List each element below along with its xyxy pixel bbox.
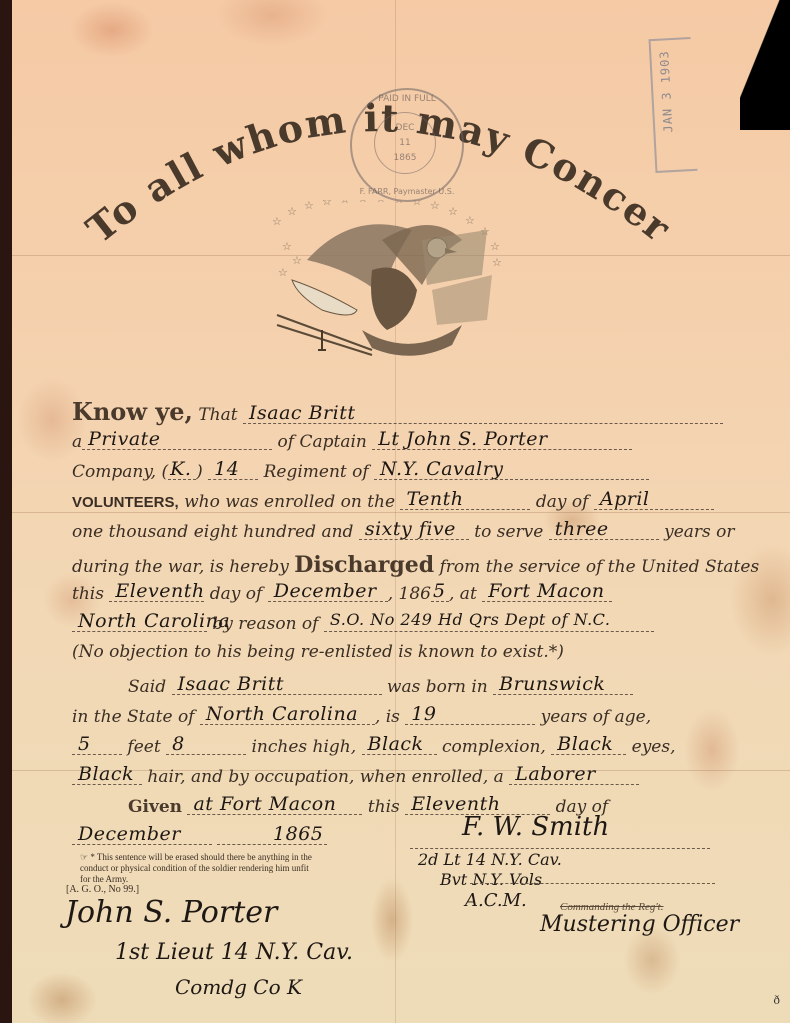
given-place-field: at Fort Macon	[187, 793, 362, 815]
age-field: 19	[405, 703, 535, 725]
occupation-line: Black hair, and by occupation, when enro…	[72, 765, 712, 795]
height-feet-field: 5	[72, 733, 122, 755]
svg-text:☆: ☆	[412, 200, 422, 208]
captain-signature: John S. Porter	[65, 895, 277, 930]
mustering-officer-signature: F. W. Smith	[462, 812, 609, 842]
svg-text:☆: ☆	[492, 256, 502, 269]
svg-text:☆: ☆	[304, 200, 314, 212]
reason-line: North Carolina by reason of S.O. No 249 …	[72, 612, 712, 642]
svg-text:☆: ☆	[490, 240, 500, 253]
given-month-field: December	[72, 823, 212, 845]
officer-acm: A.C.M.	[465, 890, 527, 911]
eagle-emblem-icon: ☆☆☆ ☆☆☆ ☆☆☆ ☆☆☆ ☆☆☆ ☆☆☆	[262, 200, 512, 360]
discharge-place-field: Fort Macon	[482, 580, 612, 602]
hair-field: Black	[72, 763, 142, 785]
birthplace-line: Said Isaac Britt was born in Brunswick	[128, 675, 718, 705]
company-field: K.	[168, 458, 196, 480]
discharge-date-line: this Eleventh day of December, 1865, at …	[72, 582, 712, 612]
form-number: [A. G. O., No 99.]	[66, 884, 139, 895]
birth-state-field: North Carolina	[200, 703, 375, 725]
complexion-field: Black	[362, 733, 437, 755]
corner-mark: ð	[773, 994, 780, 1007]
svg-text:☆: ☆	[430, 200, 440, 212]
svg-text:☆: ☆	[272, 215, 282, 228]
mustering-officer-title: Mustering Officer	[540, 912, 739, 937]
enrolled-year-field: sixty five	[359, 518, 469, 540]
discharge-state-field: North Carolina	[72, 610, 207, 632]
know-ye-line: Know ye, That Isaac Britt	[72, 397, 712, 427]
svg-text:☆: ☆	[322, 200, 332, 208]
rank-field: Private	[82, 428, 272, 450]
discharge-day-field: Eleventh	[109, 580, 204, 602]
captain-field: Lt John S. Porter	[372, 428, 632, 450]
enrolled-year-line: one thousand eight hundred and sixty fiv…	[72, 520, 712, 550]
captain-rank: 1st Lieut 14 N.Y. Cav.	[115, 940, 353, 965]
svg-text:☆: ☆	[358, 200, 368, 205]
enrolled-line: VOLUNTEERS, who was enrolled on the Tent…	[72, 490, 712, 520]
rank-line: aPrivate of Captain Lt John S. Porter	[72, 430, 712, 460]
svg-text:☆: ☆	[282, 240, 292, 253]
given-date-line: December 1865	[72, 825, 712, 855]
torn-corner	[740, 0, 790, 130]
captain-command: Comdg Co K	[175, 975, 302, 999]
discharge-month-field: December	[268, 580, 388, 602]
eyes-field: Black	[551, 733, 626, 755]
paid-in-full-stamp: PAID IN FULL DEC 11 1865 F. FARR, Paymas…	[350, 88, 464, 202]
enrolled-day-field: Tenth	[400, 488, 530, 510]
soldier-name-field: Isaac Britt	[243, 402, 723, 424]
svg-text:☆: ☆	[278, 266, 288, 279]
description-line: 5 feet 8 inches high, Black complexion, …	[72, 735, 712, 765]
company-line: Company, (K.) 14 Regiment of N.Y. Cavalr…	[72, 460, 712, 490]
given-year-field: 1865	[217, 823, 327, 845]
received-date-stamp: JAN 3 1903	[649, 37, 698, 173]
svg-text:☆: ☆	[448, 205, 458, 218]
regiment-number-field: 14	[208, 458, 258, 480]
officer-brevet: Bvt N.Y. Vols	[440, 870, 542, 889]
reason-field: S.O. No 249 Hd Qrs Dept of N.C.	[324, 610, 654, 632]
signature-line	[410, 848, 710, 849]
signature-line	[470, 883, 715, 884]
svg-text:☆: ☆	[340, 200, 350, 206]
footnote: ☞ * This sentence will be erased should …	[80, 852, 320, 885]
objection-line: (No objection to his being re-enlisted i…	[72, 642, 712, 672]
given-line: Given at Fort Macon this Eleventh day of	[128, 795, 718, 825]
officer-unit: 2d Lt 14 N.Y. Cav.	[418, 850, 562, 869]
svg-text:☆: ☆	[394, 200, 404, 206]
discharged-line: during the war, is hereby Discharged fro…	[72, 552, 712, 582]
said-name-field: Isaac Britt	[172, 673, 382, 695]
discharge-year-field: 5	[431, 580, 449, 602]
occupation-field: Laborer	[509, 763, 639, 785]
regiment-field: N.Y. Cavalry	[374, 458, 649, 480]
height-inches-field: 8	[166, 733, 246, 755]
birth-state-line: in the State of North Carolina, is 19 ye…	[72, 705, 712, 735]
birthplace-field: Brunswick	[493, 673, 633, 695]
enrolled-month-field: April	[594, 488, 714, 510]
svg-text:☆: ☆	[376, 200, 386, 205]
svg-text:☆: ☆	[292, 254, 302, 267]
svg-text:☆: ☆	[287, 205, 297, 218]
term-field: three	[549, 518, 659, 540]
svg-text:☆: ☆	[465, 214, 475, 227]
